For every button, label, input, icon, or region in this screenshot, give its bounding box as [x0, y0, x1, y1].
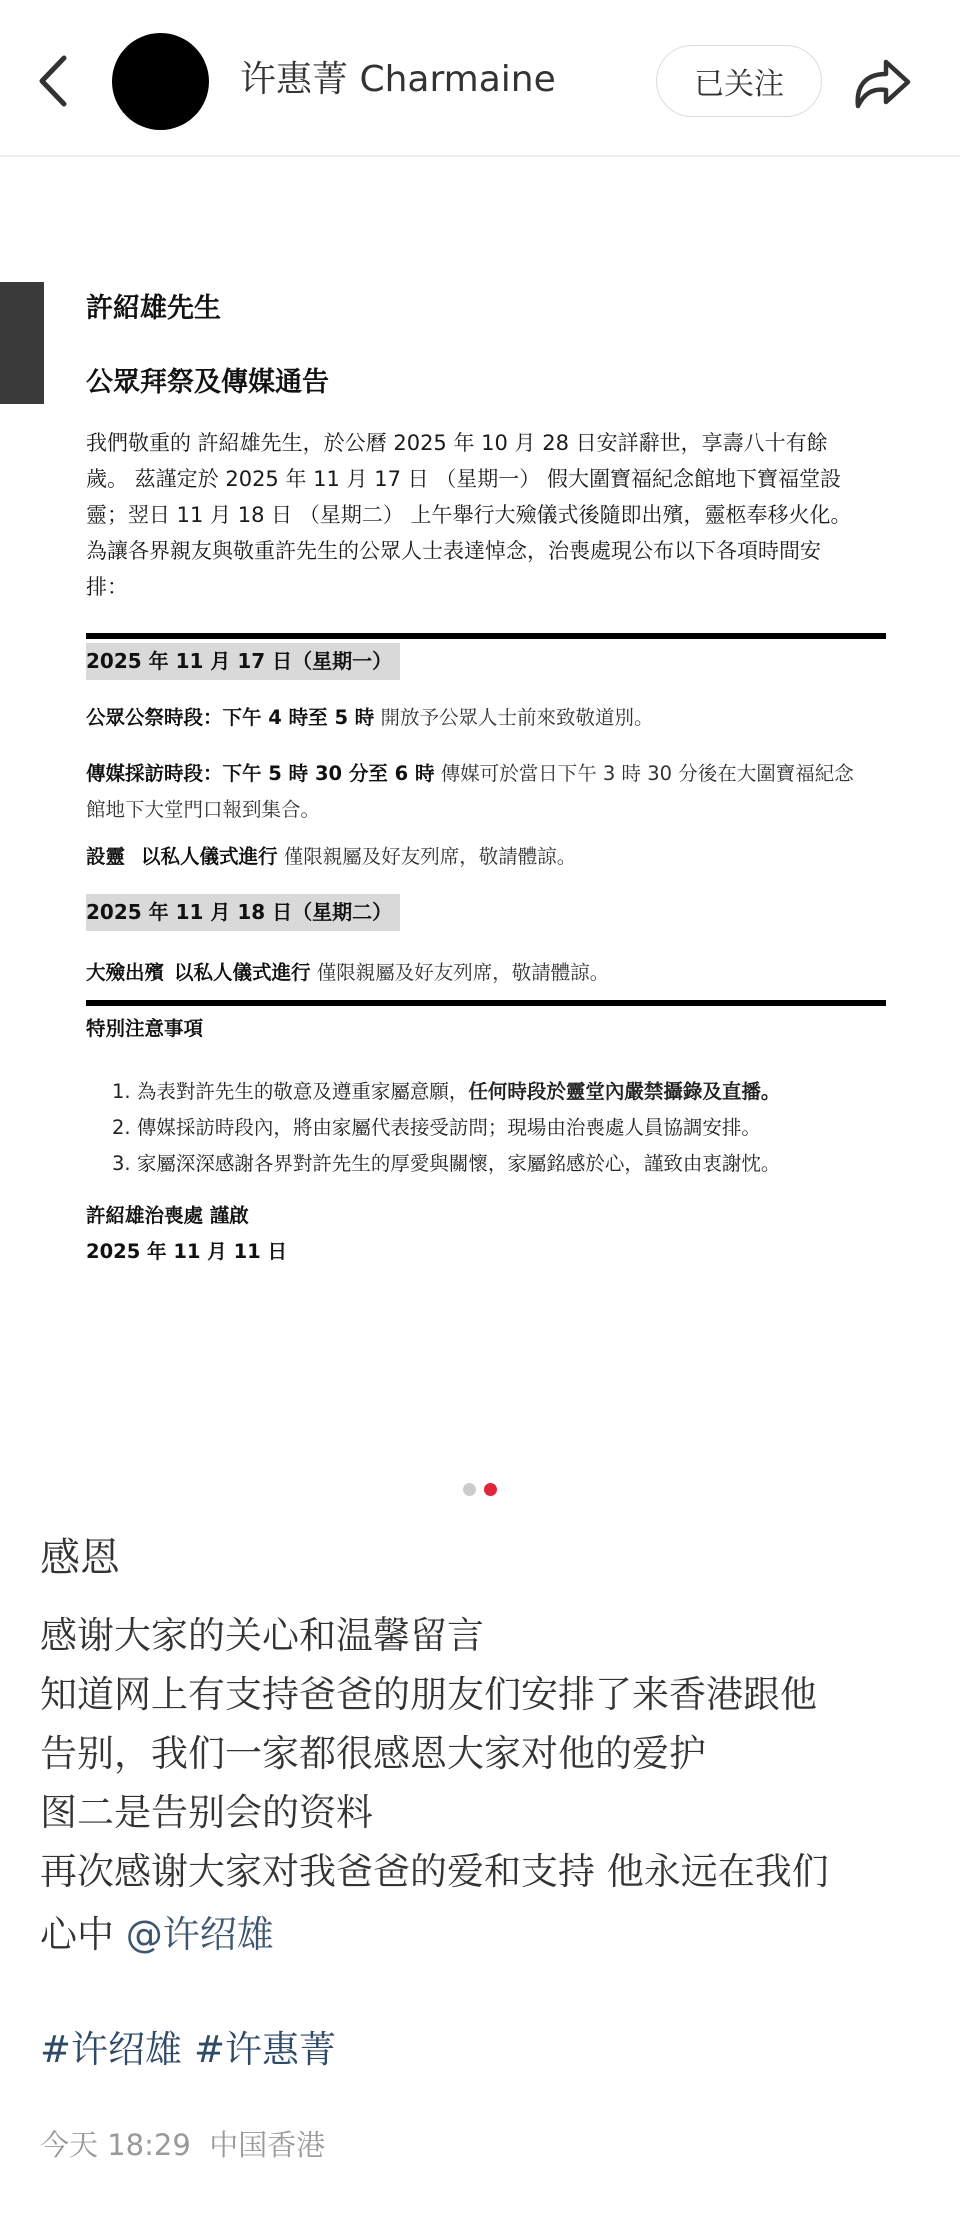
back-button[interactable]	[32, 52, 76, 110]
notice-name: 許紹雄先生	[86, 286, 221, 325]
note-item: 3. 家屬深深感謝各界對許先生的厚愛與關懷，家屬銘感於心，謹致由衷謝忱。	[112, 1146, 780, 1182]
item-time: 以私人儀式進行	[141, 845, 278, 868]
divider-rule	[86, 1000, 886, 1006]
note-text: 為表對許先生的敬意及遵重家屬意願，	[137, 1080, 469, 1103]
intro-line: 排：	[86, 569, 886, 605]
mention-link[interactable]: @许绍雄	[126, 1913, 274, 1956]
notice-intro: 我們敬重的 許紹雄先生，於公曆 2025 年 10 月 28 日安詳辭世，享壽八…	[86, 425, 886, 605]
item-desc: 僅限親屬及好友列席，敬請體諒。	[311, 961, 610, 984]
item-label: 公眾公祭時段：	[86, 706, 223, 729]
post-body: 感谢大家的关心和温馨留言 知道网上有支持爸爸的朋友们安排了来香港跟他 告别，我们…	[40, 1606, 920, 1964]
hashtag-link[interactable]: #许绍雄	[40, 2028, 182, 2071]
hashtags: #许绍雄#许惠菁	[40, 2022, 920, 2078]
post-title: 感恩	[40, 1530, 920, 1586]
share-button[interactable]	[850, 52, 914, 112]
decorative-bar	[0, 282, 44, 404]
carousel-dot-1[interactable]	[463, 1483, 476, 1496]
note-number: 2.	[112, 1116, 131, 1139]
item-label: 設靈	[86, 845, 125, 868]
note-text: 家屬深深感謝各界對許先生的厚愛與關懷，家屬銘感於心，謹致由衷謝忱。	[137, 1152, 781, 1175]
avatar[interactable]	[112, 33, 209, 130]
username[interactable]: 许惠菁 Charmaine	[240, 56, 556, 104]
divider-rule	[86, 633, 886, 639]
post-line: 心中 @许绍雄	[40, 1905, 920, 1964]
intro-line: 歲。 茲謹定於 2025 年 11 月 17 日 （星期一） 假大圍寶福紀念館地…	[86, 461, 886, 497]
post-line: 图二是告别会的资料	[40, 1783, 920, 1842]
intro-line: 我們敬重的 許紹雄先生，於公曆 2025 年 10 月 28 日安詳辭世，享壽八…	[86, 425, 886, 461]
item-desc: 傳媒可於當日下午 3 時 30 分後在大圍寶福紀念	[435, 762, 854, 785]
note-item: 2. 傳媒採訪時段內，將由家屬代表接受訪問；現場由治喪處人員協調安排。	[112, 1110, 780, 1146]
carousel-indicator	[463, 1483, 497, 1496]
item-desc-cont: 館地下大堂門口報到集合。	[86, 792, 854, 828]
notes-list: 1. 為表對許先生的敬意及遵重家屬意願，任何時段於靈堂內嚴禁攝錄及直播。 2. …	[112, 1074, 780, 1182]
item-label: 大殮出殯	[86, 961, 164, 984]
notice-title: 公眾拜祭及傳媒通告	[86, 360, 329, 399]
schedule-item: 設靈以私人儀式進行 僅限親屬及好友列席，敬請體諒。	[86, 841, 576, 869]
post-meta: 今天 18:29 中国香港	[40, 2125, 920, 2165]
item-time: 下午 4 時至 5 時	[223, 706, 375, 729]
item-time: 以私人儀式進行	[174, 961, 311, 984]
note-text: 傳媒採訪時段內，將由家屬代表接受訪問；現場由治喪處人員協調安排。	[137, 1116, 761, 1139]
carousel-dot-2-active[interactable]	[484, 1483, 497, 1496]
notice-sign-date: 2025 年 11 月 11 日	[86, 1236, 287, 1264]
item-label: 傳媒採訪時段：	[86, 762, 223, 785]
schedule-item: 傳媒採訪時段：下午 5 時 30 分至 6 時 傳媒可於當日下午 3 時 30 …	[86, 756, 854, 828]
post-time: 今天 18:29	[40, 2128, 191, 2162]
carousel-image-notice[interactable]: 許紹雄先生 公眾拜祭及傳媒通告 我們敬重的 許紹雄先生，於公曆 2025 年 1…	[0, 157, 960, 1447]
item-time: 下午 5 時 30 分至 6 時	[223, 762, 435, 785]
note-bold: 任何時段於靈堂內嚴禁攝錄及直播。	[468, 1080, 780, 1103]
date-heading-day1: 2025 年 11 月 17 日（星期一）	[86, 643, 400, 680]
notes-heading: 特別注意事項	[86, 1013, 203, 1041]
item-desc: 開放予公眾人士前來致敬道別。	[374, 706, 653, 729]
post-line-text: 心中	[40, 1913, 126, 1956]
note-number: 1.	[112, 1080, 131, 1103]
item-desc: 僅限親屬及好友列席，敬請體諒。	[278, 845, 577, 868]
intro-line: 為讓各界親友與敬重許先生的公眾人士表達悼念，治喪處現公布以下各項時間安	[86, 533, 886, 569]
post-line: 知道网上有支持爸爸的朋友们安排了来香港跟他	[40, 1665, 920, 1724]
note-item: 1. 為表對許先生的敬意及遵重家屬意願，任何時段於靈堂內嚴禁攝錄及直播。	[112, 1074, 780, 1110]
note-number: 3.	[112, 1152, 131, 1175]
post-line: 再次感谢大家对我爸爸的爱和支持 他永远在我们	[40, 1842, 920, 1901]
intro-line: 靈；翌日 11 月 18 日 （星期二） 上午舉行大殮儀式後隨即出殯，靈柩奉移火…	[86, 497, 886, 533]
chevron-left-icon	[32, 52, 76, 110]
date-heading-day2: 2025 年 11 月 18 日（星期二）	[86, 894, 400, 931]
hashtag-link[interactable]: #许惠菁	[194, 2028, 336, 2071]
top-nav-bar: 许惠菁 Charmaine 已关注	[0, 0, 960, 157]
share-arrow-icon	[850, 52, 914, 112]
post-line: 告别，我们一家都很感恩大家对他的爱护	[40, 1724, 920, 1783]
notice-signature: 許紹雄治喪處 謹啟	[86, 1200, 249, 1228]
schedule-item: 大殮出殯以私人儀式進行 僅限親屬及好友列席，敬請體諒。	[86, 957, 609, 985]
post-location: 中国香港	[209, 2128, 325, 2162]
post-line: 感谢大家的关心和温馨留言	[40, 1606, 920, 1665]
follow-button[interactable]: 已关注	[656, 45, 822, 117]
schedule-item: 公眾公祭時段：下午 4 時至 5 時 開放予公眾人士前來致敬道別。	[86, 702, 654, 730]
